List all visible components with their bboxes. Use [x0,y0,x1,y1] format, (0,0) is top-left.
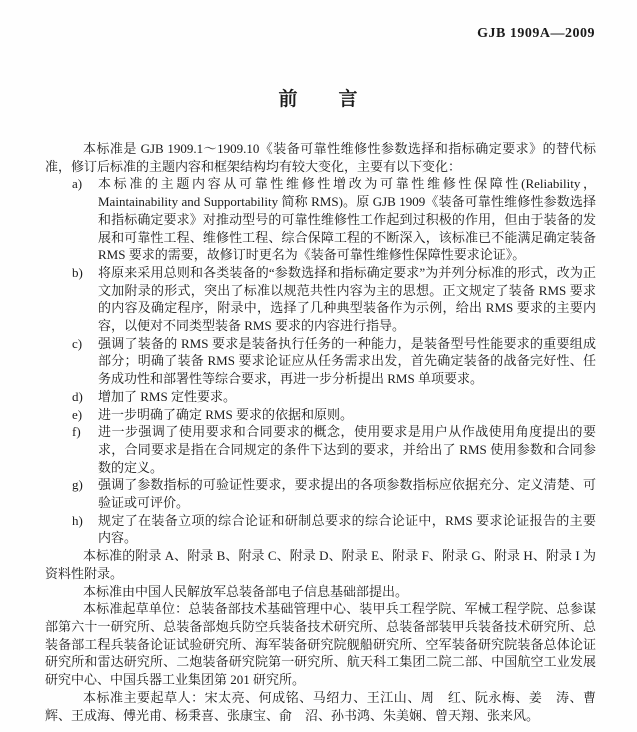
change-item-text: 进一步明确了确定 RMS 要求的依据和原则。 [98,406,596,424]
intro-paragraph: 本标准是 GJB 1909.1～1909.10《装备可靠性维修性参数选择和指标确… [45,140,596,175]
change-item-label: c) [72,335,98,388]
standard-number: GJB 1909A—2009 [477,26,595,42]
drafters-paragraph: 本标准主要起草人：宋太亮、何成铭、马绍力、王江山、周 红、阮永梅、姜 涛、曹 辉… [45,689,596,724]
change-item-d: d) 增加了 RMS 定性要求。 [45,388,596,406]
drafting-units-paragraph: 本标准起草单位：总装备部技术基础管理中心、装甲兵工程学院、军械工程学院、总参谋部… [45,600,596,689]
change-item-label: h) [72,512,98,547]
change-item-text: 规定了在装备立项的综合论证和研制总要求的综合论证中，RMS 要求论证报告的主要内… [98,512,596,547]
change-item-label: d) [72,388,98,406]
change-item-label: e) [72,406,98,424]
change-item-text: 将原来采用总则和各类装备的“参数选择和指标确定要求”为并列分标准的形式，改为正文… [98,264,596,335]
change-item-f: f) 进一步强调了使用要求和合同要求的概念，使用要求是用户从作战使用角度提出的要… [45,423,596,476]
change-item-label: g) [72,476,98,511]
change-item-label: a) [72,175,98,264]
change-item-text: 增加了 RMS 定性要求。 [98,388,596,406]
appendices-note-paragraph: 本标准的附录 A、附录 B、附录 C、附录 D、附录 E、附录 F、附录 G、附… [45,547,596,582]
change-item-text: 进一步强调了使用要求和合同要求的概念，使用要求是用户从作战使用角度提出的要求，合… [98,423,596,476]
page-title: 前 言 [0,84,637,111]
change-item-b: b) 将原来采用总则和各类装备的“参数选择和指标确定要求”为并列分标准的形式，改… [45,264,596,335]
change-item-label: f) [72,423,98,476]
change-item-text: 强调了参数指标的可验证性要求，要求提出的各项参数指标应依据充分、定义清楚、可验证… [98,476,596,511]
document-page: GJB 1909A—2009 前 言 本标准是 GJB 1909.1～1909.… [0,0,637,732]
change-item-a: a) 本标准的主题内容从可靠性维修性增改为可靠性维修性保障性(Reliabili… [45,175,596,264]
change-item-text: 本标准的主题内容从可靠性维修性增改为可靠性维修性保障性(Reliability，… [98,175,596,264]
change-item-c: c) 强调了装备的 RMS 要求是装备执行任务的一种能力，是装备型号性能要求的重… [45,335,596,388]
change-item-label: b) [72,264,98,335]
proposer-paragraph: 本标准由中国人民解放军总装备部电子信息基础部提出。 [45,583,596,601]
change-item-e: e) 进一步明确了确定 RMS 要求的依据和原则。 [45,406,596,424]
change-item-h: h) 规定了在装备立项的综合论证和研制总要求的综合论证中，RMS 要求论证报告的… [45,512,596,547]
change-item-g: g) 强调了参数指标的可验证性要求，要求提出的各项参数指标应依据充分、定义清楚、… [45,476,596,511]
changes-list: a) 本标准的主题内容从可靠性维修性增改为可靠性维修性保障性(Reliabili… [45,175,596,547]
change-item-text: 强调了装备的 RMS 要求是装备执行任务的一种能力，是装备型号性能要求的重要组成… [98,335,596,388]
document-body: 本标准是 GJB 1909.1～1909.10《装备可靠性维修性参数选择和指标确… [45,140,596,724]
